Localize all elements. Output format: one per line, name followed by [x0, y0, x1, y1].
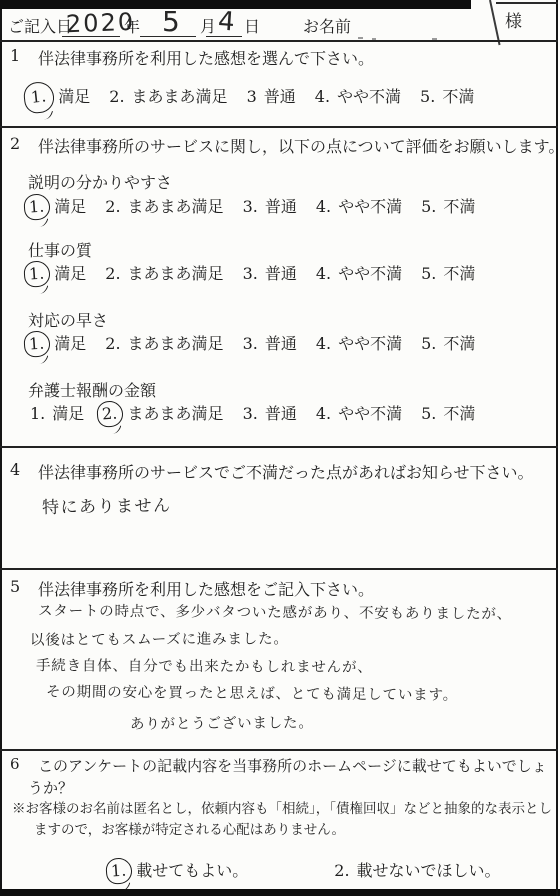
option-label: 普通: [265, 334, 297, 353]
option-number: 1.: [30, 404, 45, 423]
option-label: 普通: [265, 264, 297, 283]
option-number: 5.: [421, 264, 436, 283]
option-number: 5.: [421, 197, 436, 216]
option-number: 3.: [243, 264, 258, 283]
option-number: 2.: [105, 197, 120, 216]
question-6-note-line1: ※お客様のお名前は匿名とし，依頼内容も「相続」，「債権回収」などと抽象的な表示と…: [12, 801, 552, 818]
rating-options-response-speed: 1.満足2.まあまあ満足3.普通4.やや不満5.不満: [30, 331, 475, 354]
question-2-title: 伴法律事務所のサービスに関し，以下の点について評価をお願いします。: [38, 134, 560, 157]
date-day-field[interactable]: 4: [217, 6, 238, 37]
option-5[interactable]: 5.不満: [421, 261, 475, 284]
selected-circle-mark: 1.: [23, 193, 51, 221]
rating-label-response-speed: 対応の早さ: [28, 308, 108, 331]
option-3[interactable]: 3.普通: [243, 401, 297, 424]
option-2[interactable]: 2.まあまあ満足: [105, 331, 223, 354]
question-4-number: 4: [10, 460, 20, 479]
option-1[interactable]: 1.満足: [30, 401, 84, 424]
option-3[interactable]: 3.普通: [243, 194, 297, 217]
option-number: 4.: [316, 404, 331, 423]
option-2[interactable]: 2.まあまあ満足: [109, 84, 227, 107]
option-label: 不満: [442, 87, 474, 106]
year-suffix: 年: [124, 17, 140, 37]
option-label: 不満: [443, 334, 475, 353]
option-1[interactable]: 1.満足: [30, 84, 90, 110]
option-4[interactable]: 4.やや不満: [315, 84, 401, 107]
question-5-number: 5: [10, 577, 20, 596]
day-underline: [206, 36, 242, 37]
option-1[interactable]: 1.満足: [30, 331, 86, 354]
option-label: 満足: [54, 264, 86, 283]
option-label: 満足: [54, 334, 86, 353]
option-label: やや不満: [338, 404, 402, 423]
option-1[interactable]: 1.満足: [30, 194, 86, 217]
selected-circle-mark: 2.: [96, 400, 124, 428]
option-number: 5.: [420, 87, 435, 106]
option-number: 4.: [316, 197, 331, 216]
question-4-answer-field[interactable]: 特にありません: [42, 491, 172, 518]
rating-label-explanation: 説明の分かりやすさ: [28, 170, 172, 193]
option-label: まあまあ満足: [128, 404, 224, 423]
option-1[interactable]: 1.載せてもよい。: [112, 858, 248, 881]
question-1-number: 1: [10, 46, 20, 65]
day-suffix: 日: [244, 17, 260, 37]
option-label: やや不満: [338, 197, 402, 216]
honorific-label: 様: [505, 12, 522, 33]
question-1-title: 伴法律事務所を利用した感想を選んで下さい。: [38, 46, 374, 69]
option-number: 3: [247, 87, 257, 106]
option-2[interactable]: 2.載せないでほしい。: [334, 858, 500, 881]
rating-label-attorney-fees: 弁護士報酬の金額: [28, 378, 156, 401]
option-label: 満足: [58, 87, 90, 106]
question-1-options: 1.満足2.まあまあ満足3普通4.やや不満5.不満: [30, 84, 474, 110]
question-4-title: 伴法律事務所のサービスでご不満だった点があればお知らせ下さい。: [38, 460, 534, 483]
option-4[interactable]: 4.やや不満: [316, 401, 402, 424]
option-label: 普通: [265, 197, 297, 216]
handwritten-line: ありがとうございました。: [130, 711, 314, 734]
month-suffix: 月: [200, 17, 216, 37]
option-number: 5.: [421, 404, 436, 423]
section-divider: [0, 40, 558, 42]
option-5[interactable]: 5.不満: [420, 84, 474, 107]
question-2-number: 2: [10, 134, 20, 153]
month-underline: [140, 36, 196, 37]
option-label: 満足: [54, 197, 86, 216]
option-4[interactable]: 4.やや不満: [316, 194, 402, 217]
option-2[interactable]: 2.まあまあ満足: [105, 261, 223, 284]
option-4[interactable]: 4.やや不満: [316, 261, 402, 284]
question-6-number: 6: [10, 755, 20, 773]
option-2[interactable]: 2.まあまあ満足: [105, 194, 223, 217]
option-number: 3.: [243, 197, 258, 216]
option-2[interactable]: 2.まあまあ満足: [103, 401, 223, 424]
handwritten-line: その期間の安心を買ったと思えば、とても満足しています。: [46, 680, 458, 705]
rating-options-attorney-fees: 1.満足2.まあまあ満足3.普通4.やや不満5.不満: [30, 401, 475, 424]
name-box-top-line: [496, 2, 558, 4]
option-label: 普通: [264, 87, 296, 106]
option-label: 載せないでほしい。: [357, 861, 501, 880]
scan-artifact-bottom-bar: [0, 889, 560, 896]
option-label: まあまあ満足: [128, 197, 224, 216]
rating-options-explanation: 1.満足2.まあまあ満足3.普通4.やや不満5.不満: [30, 194, 475, 217]
option-number: 4.: [316, 264, 331, 283]
option-label: やや不満: [337, 87, 401, 106]
option-5[interactable]: 5.不満: [421, 194, 475, 217]
option-number: 2.: [109, 87, 124, 106]
option-label: やや不満: [338, 334, 402, 353]
section-divider: [0, 126, 558, 128]
option-3[interactable]: 3.普通: [243, 331, 297, 354]
selected-circle-mark: 1.: [105, 857, 133, 885]
rating-options-work-quality: 1.満足2.まあまあ満足3.普通4.やや不満5.不満: [30, 261, 475, 284]
option-label: 載せてもよい。: [136, 861, 248, 880]
option-number: 3.: [243, 404, 258, 423]
option-5[interactable]: 5.不満: [421, 331, 475, 354]
name-box-divider-line: [489, 0, 501, 45]
section-divider: [0, 446, 558, 448]
option-label: まあまあ満足: [128, 264, 224, 283]
section-divider: [0, 568, 558, 570]
option-label: やや不満: [338, 264, 402, 283]
question-6-title-line2: うか？: [28, 779, 73, 798]
option-label: 不満: [443, 264, 475, 283]
question-5-title: 伴法律事務所を利用した感想をご記入下さい。: [38, 577, 374, 600]
option-label: まあまあ満足: [128, 334, 224, 353]
year-underline: [62, 36, 120, 37]
option-number: 5.: [421, 334, 436, 353]
option-number: 3.: [243, 334, 258, 353]
name-redaction-mark: [358, 37, 363, 39]
option-number: 2.: [105, 264, 120, 283]
selected-circle-mark: 1.: [23, 260, 51, 288]
selected-circle-mark: 1.: [23, 330, 51, 358]
name-label: お名前: [303, 17, 351, 37]
handwritten-line: 手続き自体、自分でも出来たかもしれませんが、: [36, 654, 373, 677]
survey-form-page: ご記入日 2020 年 5 月 4 日 お名前 様 1 伴法律事務所を利用した感…: [0, 0, 560, 896]
option-5[interactable]: 5.不満: [421, 401, 475, 424]
option-3[interactable]: 3普通: [247, 84, 296, 107]
date-month-field[interactable]: 5: [162, 5, 182, 38]
option-4[interactable]: 4.やや不満: [316, 331, 402, 354]
option-label: まあまあ満足: [132, 87, 228, 106]
option-label: 不満: [443, 404, 475, 423]
handwritten-line: スタートの時点で、多少バタついた感があり、不安もありましたが、: [38, 599, 512, 623]
selected-circle-mark: 1.: [22, 81, 55, 115]
question-6-note-line2: ますので，お客様が特定される心配はありません。: [34, 822, 345, 839]
option-number: 4.: [316, 334, 331, 353]
option-number: 2.: [105, 334, 120, 353]
option-1[interactable]: 1.満足: [30, 261, 86, 284]
handwritten-line: 以後はとてもスムーズに進みました。: [30, 627, 289, 649]
date-label: ご記入日: [8, 17, 72, 37]
question-6-options: 1.載せてもよい。2.載せないでほしい。: [112, 858, 501, 881]
rating-label-work-quality: 仕事の質: [28, 238, 92, 261]
option-3[interactable]: 3.普通: [243, 261, 297, 284]
page-border-left: [0, 9, 2, 889]
option-label: 不満: [443, 197, 475, 216]
option-number: 4.: [315, 87, 330, 106]
option-label: 普通: [265, 404, 297, 423]
option-number: 2.: [334, 861, 349, 880]
option-label: 満足: [52, 404, 84, 423]
section-divider: [0, 749, 558, 751]
question-6-title-line1: このアンケートの記載内容を当事務所のホームページに載せてもよいでしょ: [38, 755, 547, 776]
